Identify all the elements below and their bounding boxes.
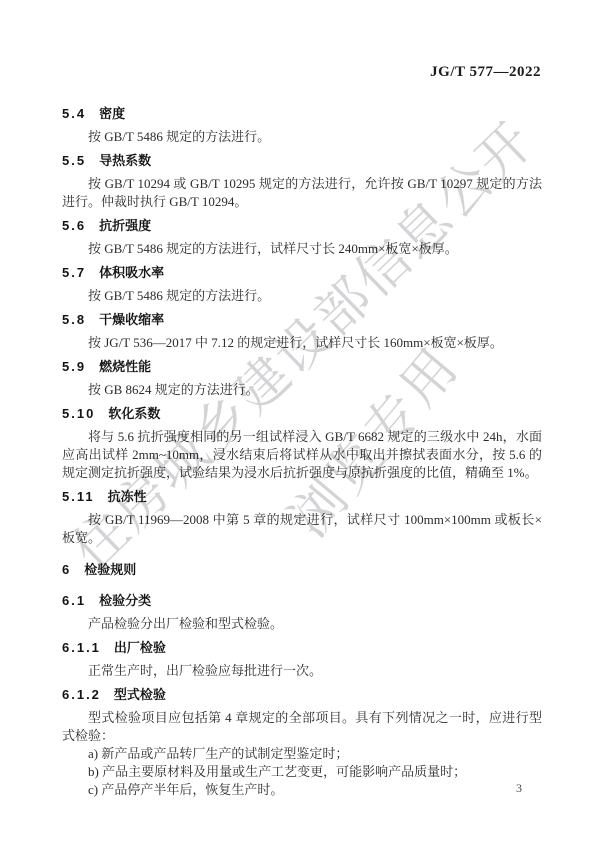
paragraph: 按 GB/T 5486 规定的方法进行，试样尺寸长 240mm×板宽×板厚。 xyxy=(62,240,542,258)
section-heading: 5.7体积吸水率 xyxy=(62,264,542,282)
section-number: 5.4 xyxy=(62,106,86,121)
section-heading: 5.11抗冻性 xyxy=(62,488,542,506)
section-number: 6.1.2 xyxy=(62,687,101,702)
section-number: 5.9 xyxy=(62,359,86,374)
section-number: 6 xyxy=(62,562,71,577)
section-title: 干燥收缩率 xyxy=(99,312,164,327)
section-title: 软化系数 xyxy=(108,406,160,421)
section-heading: 6.1.2型式检验 xyxy=(62,686,542,704)
paragraph: 按 GB/T 5486 规定的方法进行。 xyxy=(62,287,542,305)
section-number: 6.1.1 xyxy=(62,640,101,655)
paragraph: 按 GB/T 11969—2008 中第 5 章的规定进行，试样尺寸 100mm… xyxy=(62,511,542,547)
section-heading: 6.1检验分类 xyxy=(62,592,542,610)
section-title: 检验分类 xyxy=(99,593,151,608)
section-title: 燃烧性能 xyxy=(99,359,151,374)
section-number: 5.8 xyxy=(62,312,86,327)
section-number: 5.5 xyxy=(62,153,86,168)
content: 5.4密度按 GB/T 5486 规定的方法进行。5.5导热系数按 GB/T 1… xyxy=(62,99,542,799)
section-number: 6.1 xyxy=(62,593,86,608)
section-heading: 5.6抗折强度 xyxy=(62,217,542,235)
list-item: c) 产品停产半年后，恢复生产时。 xyxy=(62,781,542,799)
section-title: 导热系数 xyxy=(99,153,151,168)
section-number: 5.10 xyxy=(62,406,95,421)
section-number: 5.6 xyxy=(62,218,86,233)
section-heading: 6.1.1出厂检验 xyxy=(62,639,542,657)
standard-number-header: JG/T 577—2022 xyxy=(430,64,541,81)
paragraph: 型式检验项目应包括第 4 章规定的全部项目。具有下列情况之一时，应进行型式检验： xyxy=(62,709,542,745)
section-heading: 5.5导热系数 xyxy=(62,152,542,170)
section-title: 抗折强度 xyxy=(99,218,151,233)
section-title: 体积吸水率 xyxy=(99,265,164,280)
section-title: 密度 xyxy=(99,106,125,121)
chapter-heading: 6检验规则 xyxy=(62,561,542,579)
list-item: a) 新产品或产品转厂生产的试制定型鉴定时； xyxy=(62,745,542,763)
section-title: 出厂检验 xyxy=(114,640,166,655)
section-number: 5.7 xyxy=(62,265,86,280)
section-heading: 5.9燃烧性能 xyxy=(62,358,542,376)
section-heading: 5.8干燥收缩率 xyxy=(62,311,542,329)
list-item: b) 产品主要原材料及用量或生产工艺变更，可能影响产品质量时； xyxy=(62,763,542,781)
section-number: 5.11 xyxy=(62,489,95,504)
paragraph: 正常生产时，出厂检验应每批进行一次。 xyxy=(62,662,542,680)
section-title: 抗冻性 xyxy=(108,489,147,504)
section-title: 检验规则 xyxy=(84,562,136,577)
section-heading: 5.10软化系数 xyxy=(62,405,542,423)
paragraph: 按 JG/T 536—2017 中 7.12 的规定进行，试样尺寸长 160mm… xyxy=(62,334,542,352)
section-title: 型式检验 xyxy=(114,687,166,702)
paragraph: 将与 5.6 抗折强度相同的另一组试样浸入 GB/T 6682 规定的三级水中 … xyxy=(62,428,542,482)
page-number: 3 xyxy=(516,781,522,796)
paragraph: 按 GB 8624 规定的方法进行。 xyxy=(62,381,542,399)
paragraph: 按 GB/T 5486 规定的方法进行。 xyxy=(62,128,542,146)
document-page: JG/T 577—2022 5.4密度按 GB/T 5486 规定的方法进行。5… xyxy=(0,0,600,849)
paragraph: 产品检验分出厂检验和型式检验。 xyxy=(62,615,542,633)
section-heading: 5.4密度 xyxy=(62,105,542,123)
paragraph: 按 GB/T 10294 或 GB/T 10295 规定的方法进行，允许按 GB… xyxy=(62,175,542,211)
